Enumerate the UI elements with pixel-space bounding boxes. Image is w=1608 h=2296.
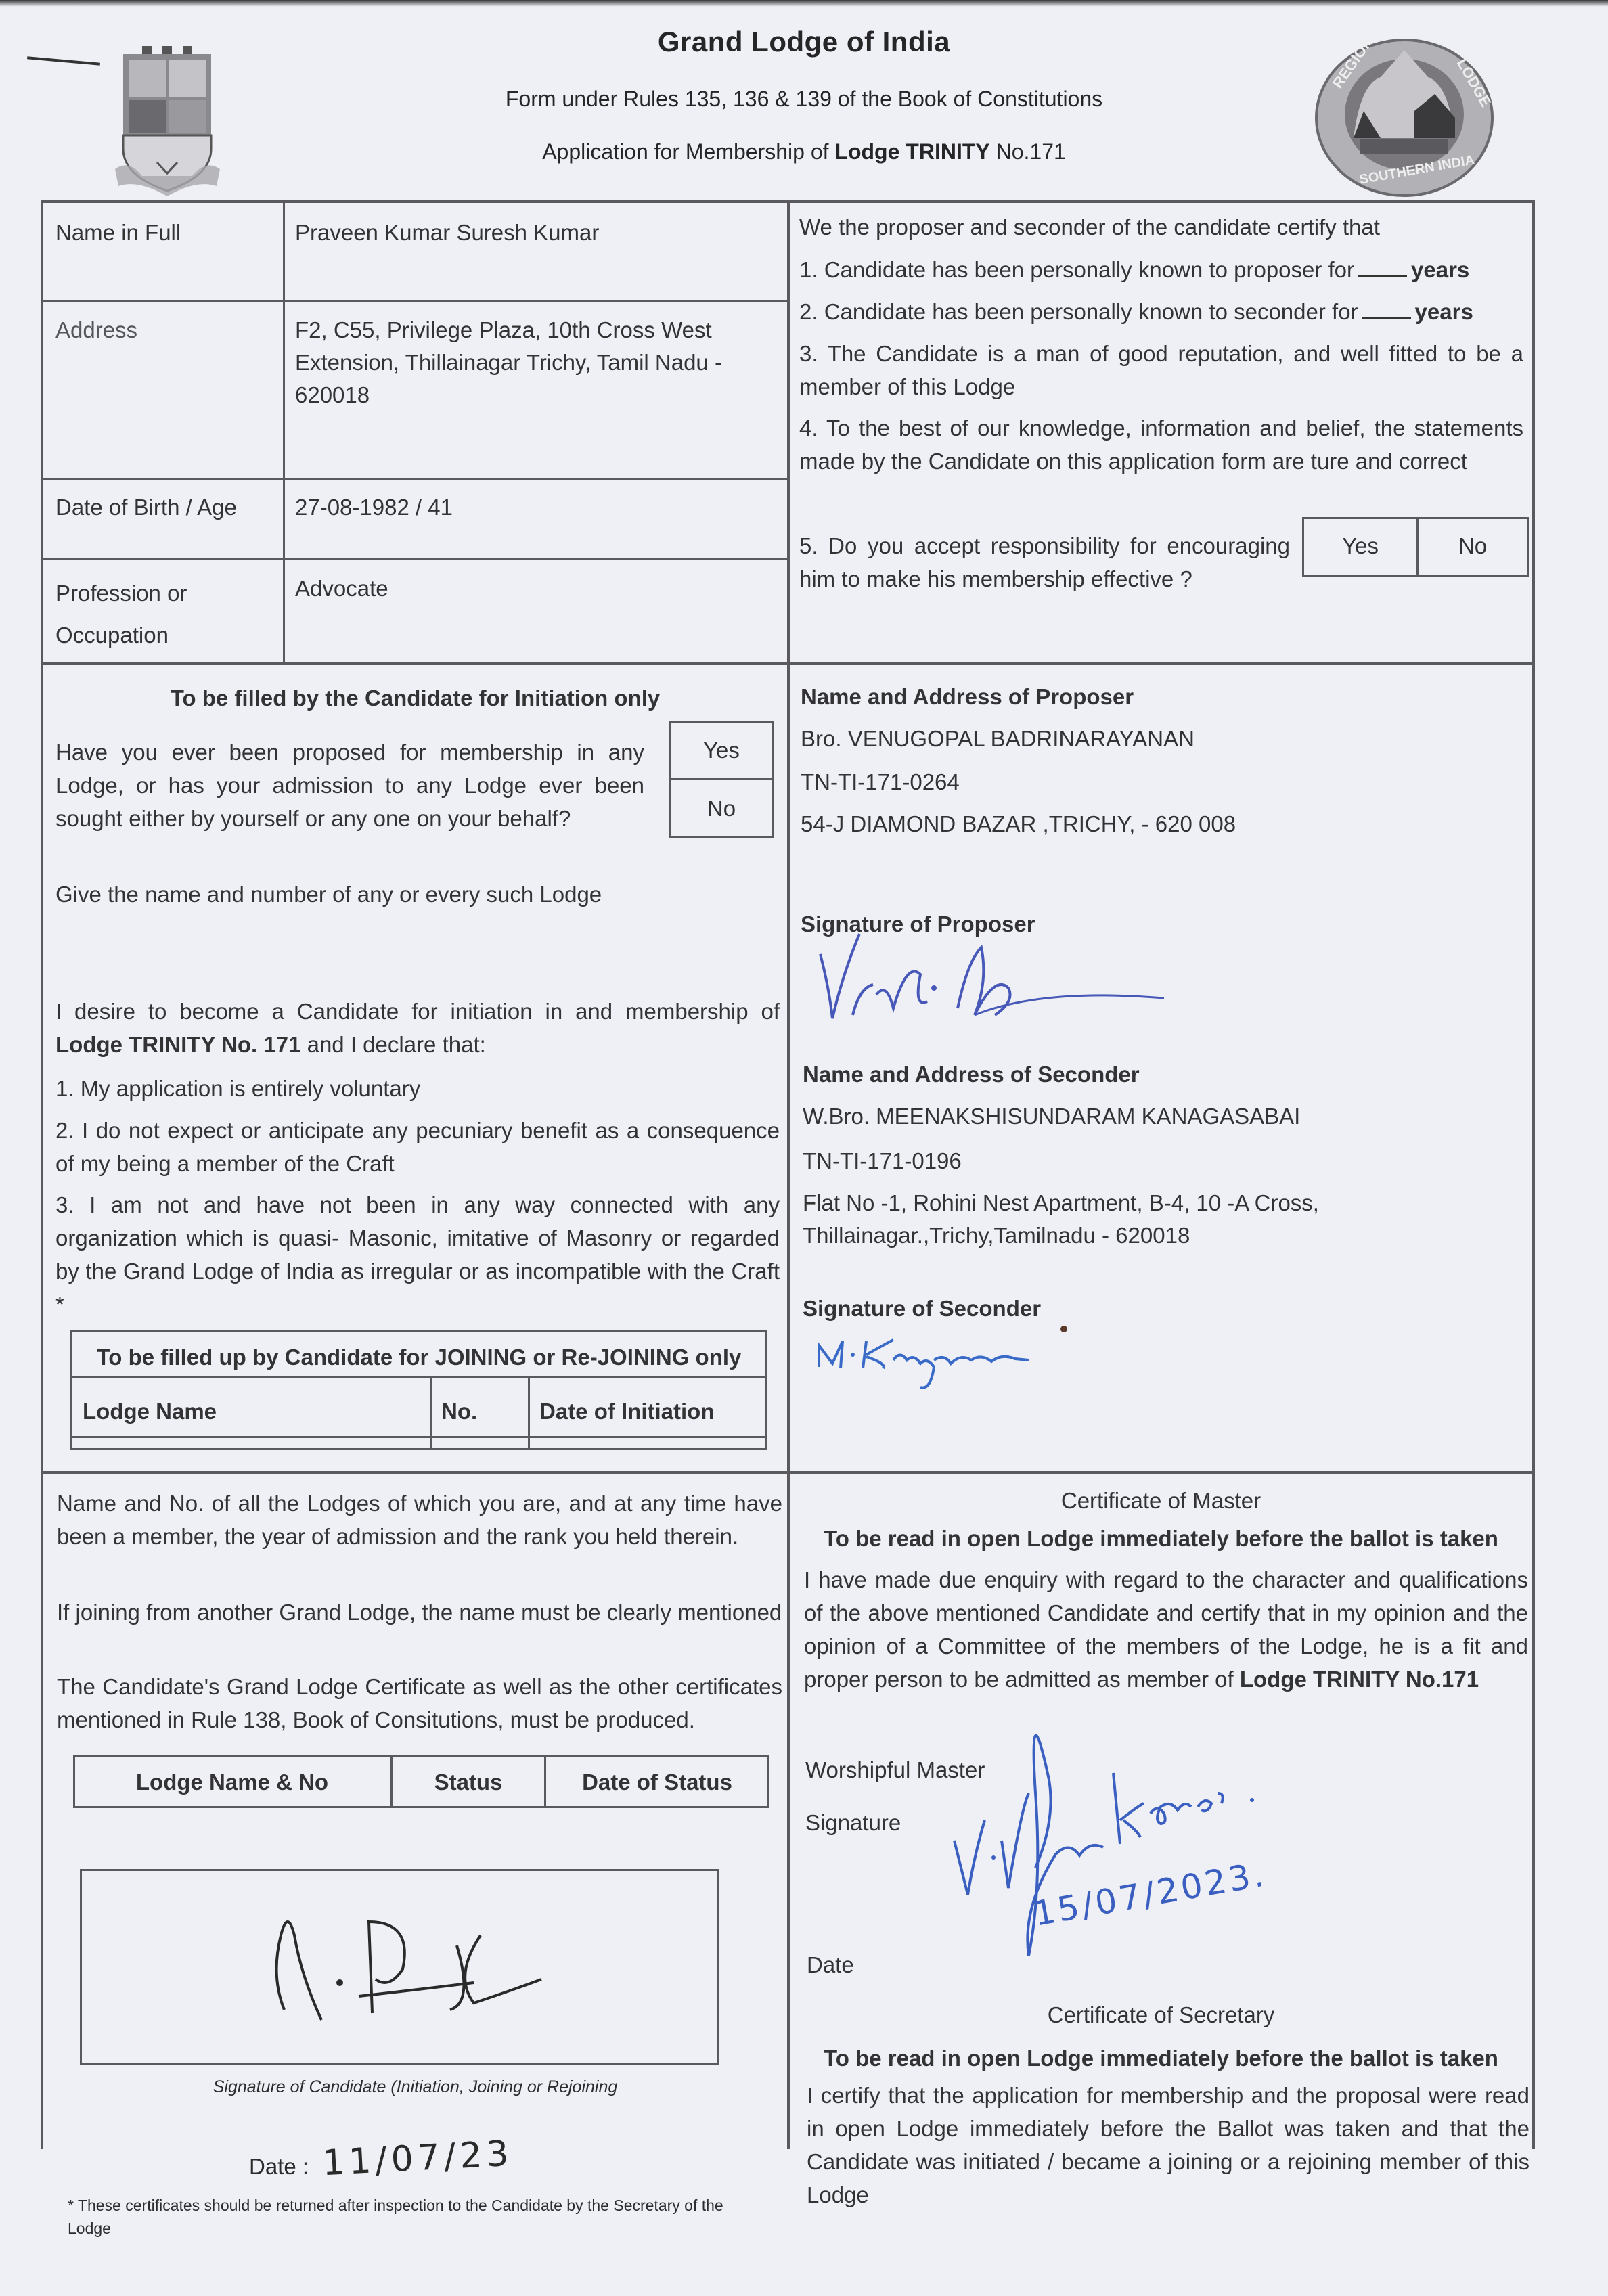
- table-border: [41, 300, 788, 302]
- master-date-label: Date: [807, 1949, 854, 1981]
- certify-item-1: 1. Candidate has been personally known t…: [799, 254, 1469, 286]
- form-rules-subtitle: Form under Rules 135, 136 & 139 of the B…: [0, 87, 1608, 112]
- proposer-heading: Name and Address of Proposer: [801, 681, 1134, 713]
- joining-col-date-initiation: Date of Initiation: [539, 1395, 715, 1428]
- joining-other-grand-lodge-note: If joining from another Grand Lodge, the…: [57, 1596, 782, 1629]
- address-value[interactable]: F2, C55, Privilege Plaza, 10th Cross Wes…: [295, 314, 762, 411]
- years-known-proposer-field[interactable]: [1358, 275, 1407, 277]
- scan-edge: [0, 0, 1608, 7]
- declaration-2: 2. I do not expect or anticipate any pec…: [55, 1114, 780, 1180]
- seconder-address[interactable]: Flat No -1, Rohini Nest Apartment, B-4, …: [803, 1187, 1319, 1252]
- master-certificate-subheading: To be read in open Lodge immediately bef…: [790, 1523, 1532, 1555]
- candidate-signature-caption: Signature of Candidate (Initiation, Join…: [43, 2077, 787, 2097]
- certificates-footnote: * These certificates should be returned …: [68, 2194, 758, 2240]
- grand-lodge-crest-logo: [115, 41, 223, 203]
- master-certificate-heading: Certificate of Master: [790, 1485, 1532, 1517]
- accept-yes-label: Yes: [1302, 533, 1419, 559]
- seconder-signature[interactable]: [799, 1326, 1178, 1408]
- certify-item-2: 2. Candidate has been personally known t…: [799, 296, 1473, 328]
- proposed-yes-label: Yes: [669, 738, 774, 763]
- dob-value[interactable]: 27-08-1982 / 41: [295, 491, 453, 524]
- seconder-signature-label: Signature of Seconder: [803, 1292, 1041, 1325]
- certify-item-4: 4. To the best of our knowledge, informa…: [799, 411, 1523, 478]
- seconder-name[interactable]: W.Bro. MEENAKSHISUNDARAM KANAGASABAI: [803, 1100, 1300, 1133]
- table-border: [41, 200, 43, 2149]
- col-lodge-name-no: Lodge Name & No: [73, 1766, 391, 1799]
- dob-label: Date of Birth / Age: [55, 491, 237, 524]
- regional-lodge-seal-logo: REGION LODGE SOUTHERN INDIA: [1313, 37, 1496, 199]
- years-known-seconder-field[interactable]: [1362, 317, 1411, 319]
- address-label: Address: [55, 314, 137, 346]
- table-border: [283, 200, 285, 664]
- joining-table-heading: To be filled up by Candidate for JOINING…: [70, 1341, 767, 1374]
- proposer-address[interactable]: 54-J DIAMOND BAZAR ,TRICHY, - 620 008: [801, 808, 1236, 840]
- proposer-name[interactable]: Bro. VENUGOPAL BADRINARAYANAN: [801, 723, 1194, 755]
- table-border: [528, 1376, 530, 1450]
- table-border: [70, 1436, 767, 1438]
- secretary-certificate-subheading: To be read in open Lodge immediately bef…: [790, 2042, 1532, 2075]
- application-title: Application for Membership of Lodge TRIN…: [0, 139, 1608, 164]
- proposed-no-label: No: [669, 796, 774, 821]
- table-border: [430, 1376, 432, 1450]
- candidate-signature: [257, 1895, 596, 2023]
- master-signature-label: Signature: [805, 1807, 901, 1839]
- table-border: [70, 1376, 767, 1378]
- secretary-certificate-heading: Certificate of Secretary: [790, 1999, 1532, 2031]
- profession-label: Profession orOccupation: [55, 572, 187, 656]
- certify-item-5: 5. Do you accept responsibility for enco…: [799, 529, 1290, 595]
- name-label: Name in Full: [55, 217, 181, 249]
- col-date-of-status: Date of Status: [545, 1766, 769, 1799]
- initiation-question: Have you ever been proposed for membersh…: [55, 736, 644, 835]
- joining-col-lodge-name: Lodge Name: [83, 1395, 217, 1428]
- org-title: Grand Lodge of India: [0, 26, 1608, 58]
- name-value[interactable]: Praveen Kumar Suresh Kumar: [295, 217, 599, 249]
- accept-no-label: No: [1416, 533, 1529, 559]
- table-border: [787, 200, 790, 2149]
- membership-history-prompt: Name and No. of all the Lodges of which …: [57, 1487, 782, 1553]
- desire-declaration: I desire to become a Candidate for initi…: [55, 995, 780, 1061]
- proposer-id[interactable]: TN-TI-171-0264: [801, 766, 960, 798]
- table-border: [41, 1471, 1535, 1474]
- table-border: [41, 478, 788, 480]
- master-certificate-body: I have made due enquiry with regard to t…: [804, 1563, 1528, 1696]
- table-border: [41, 662, 1535, 665]
- give-lodge-name-prompt: Give the name and number of any or every…: [55, 878, 602, 911]
- certify-intro: We the proposer and seconder of the cand…: [799, 211, 1380, 244]
- proposer-signature[interactable]: [812, 920, 1286, 1029]
- candidate-date-label: Date :: [249, 2154, 309, 2180]
- master-signature[interactable]: [934, 1685, 1354, 1969]
- seconder-heading: Name and Address of Seconder: [803, 1058, 1140, 1091]
- profession-value[interactable]: Advocate: [295, 572, 388, 605]
- seconder-id[interactable]: TN-TI-171-0196: [803, 1145, 962, 1177]
- col-status: Status: [391, 1766, 545, 1799]
- initiation-heading: To be filled by the Candidate for Initia…: [43, 682, 787, 715]
- declaration-1: 1. My application is entirely voluntary: [55, 1072, 780, 1105]
- certify-item-3: 3. The Candidate is a man of good reputa…: [799, 337, 1523, 403]
- joining-col-no: No.: [441, 1395, 477, 1428]
- candidate-date-value[interactable]: 11/07/23: [321, 2134, 514, 2184]
- secretary-certificate-body: I certify that the application for membe…: [807, 2079, 1529, 2211]
- certificates-note: The Candidate's Grand Lodge Certificate …: [57, 1670, 782, 1736]
- declaration-3: 3. I am not and have not been in any way…: [55, 1188, 780, 1321]
- table-border: [41, 558, 788, 560]
- table-border: [1532, 200, 1535, 2149]
